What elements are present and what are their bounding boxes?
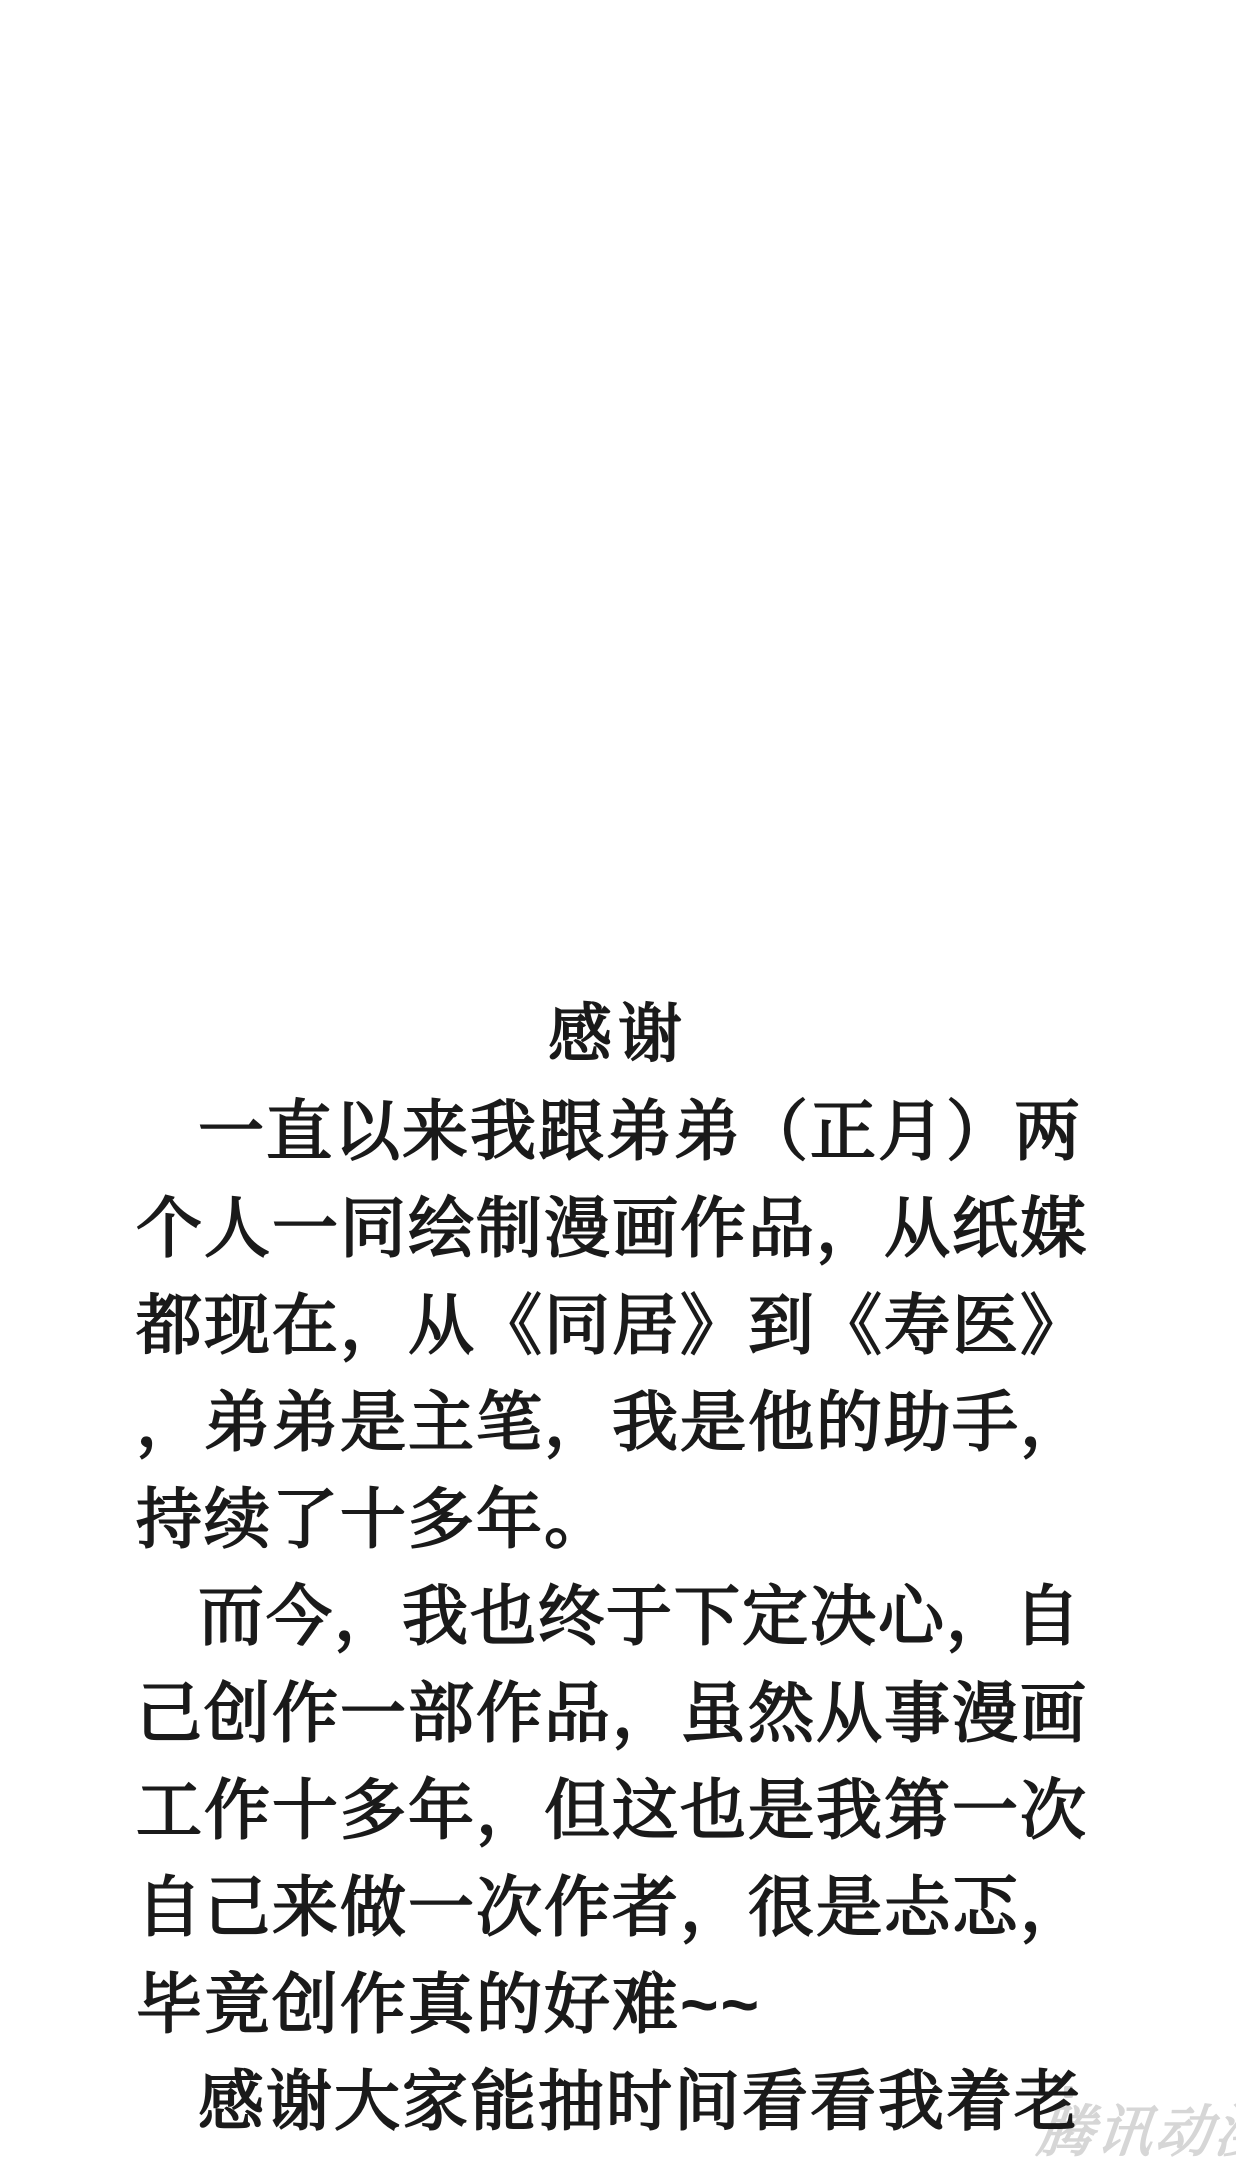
text-line-p2-1: 而今，我也终于下定决心，自 [0, 1568, 1236, 1665]
text-line-p1-1: 一直以来我跟弟弟（正月）两 [0, 1083, 1236, 1180]
text-line-p1-4: ，弟弟是主笔，我是他的助手， [0, 1374, 1236, 1471]
text-line-p2-2: 己创作一部作品，虽然从事漫画 [0, 1665, 1236, 1762]
text-line-p2-4: 自己来做一次作者，很是忐忑， [0, 1859, 1236, 1956]
text-line-p1-2: 个人一同绘制漫画作品，从纸媒 [0, 1180, 1236, 1277]
text-line-p1-3: 都现在，从《同居》到《寿医》 [0, 1277, 1236, 1374]
text-line-p3-1: 感谢大家能抽时间看看我着老 [0, 2053, 1236, 2150]
afterword-text: 感谢 一直以来我跟弟弟（正月）两 个人一同绘制漫画作品，从纸媒 都现在，从《同居… [0, 986, 1236, 2150]
text-line-p2-3: 工作十多年，但这也是我第一次 [0, 1762, 1236, 1859]
page-title: 感谢 [0, 986, 1236, 1083]
text-line-p2-5: 毕竟创作真的好难~~ [0, 1956, 1236, 2053]
text-line-p1-5: 持续了十多年。 [0, 1471, 1236, 1568]
